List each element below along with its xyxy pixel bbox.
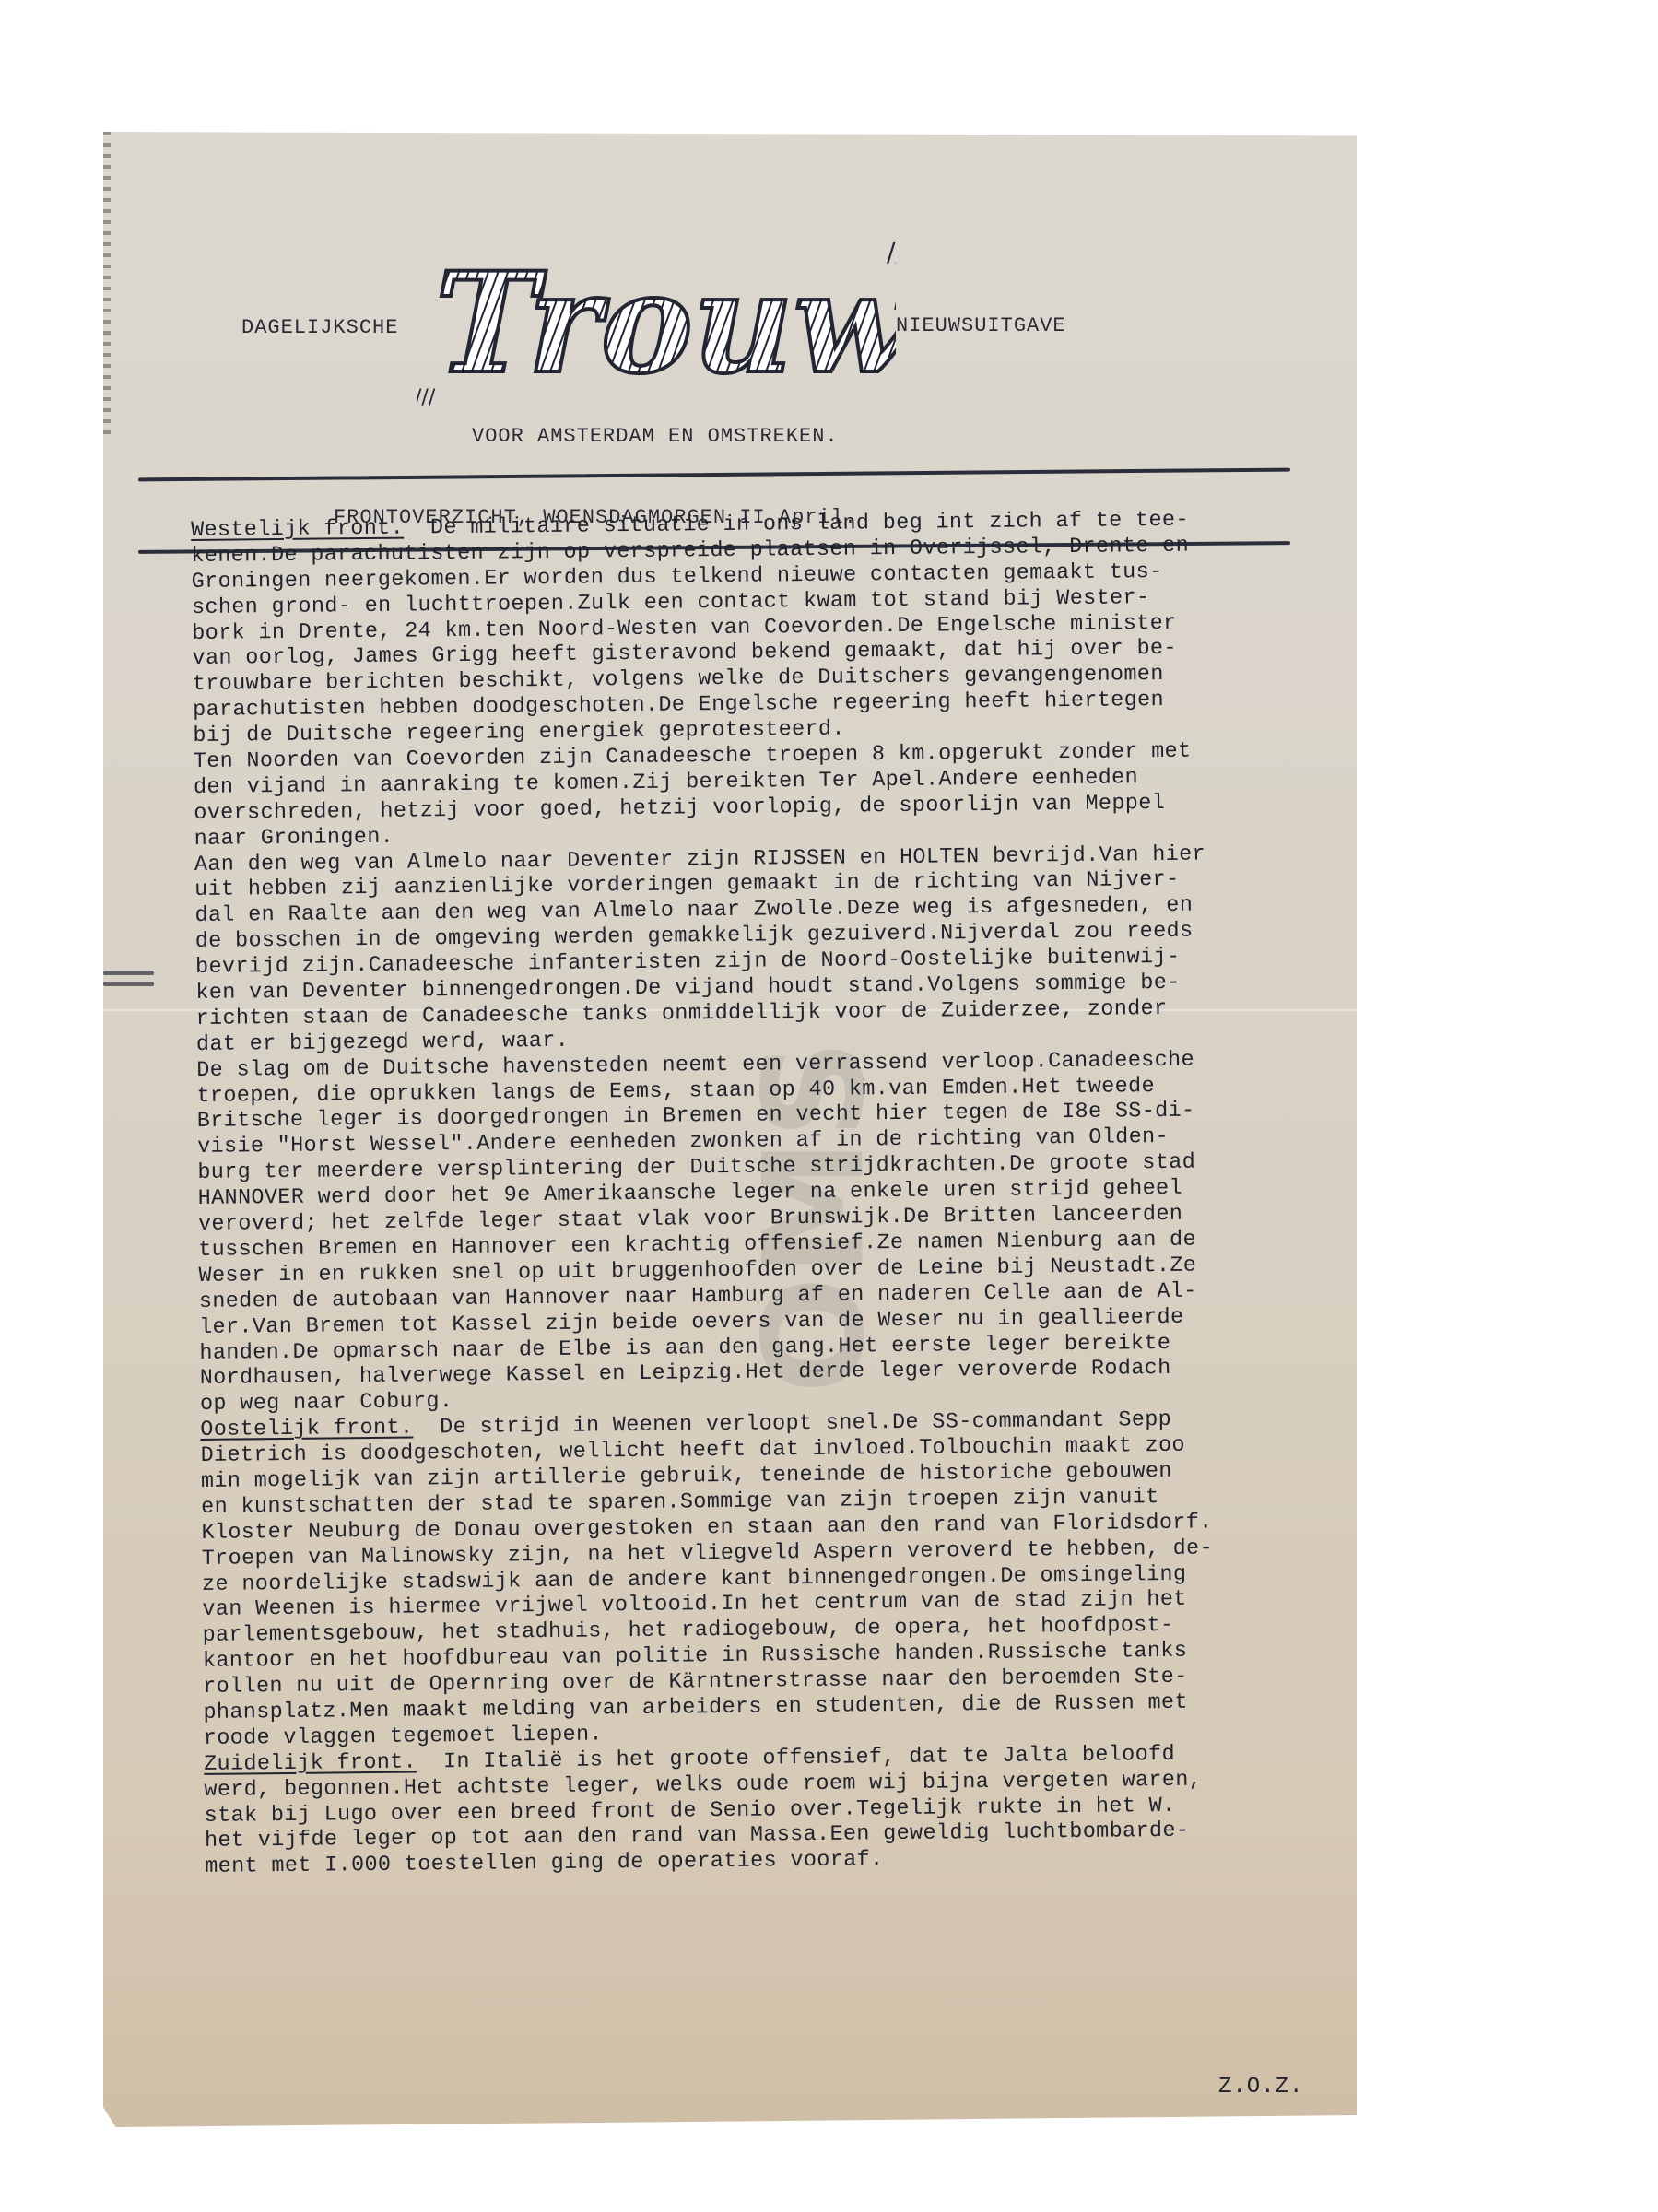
masthead-left-label: DAGELIJKSCHE xyxy=(241,316,398,339)
perforated-edge xyxy=(103,132,111,436)
line-text: dat er bijgezegd werd, waar. xyxy=(196,1030,569,1057)
section-heading: Zuidelijk front. xyxy=(204,1750,417,1776)
trouw-logo: Trouw //// /// xyxy=(417,224,896,408)
divider-rule xyxy=(138,468,1290,482)
line-text: naar Groningen. xyxy=(194,825,394,851)
margin-marks xyxy=(103,971,154,998)
page-turn-note: Z.O.Z. xyxy=(1218,2075,1303,2100)
newspaper-sheet: DAGELIJKSCHE Trouw //// /// NIEUWSUITGAV… xyxy=(103,132,1357,2127)
section-heading: Westelijk front. xyxy=(191,517,404,543)
article-body: Westelijk front. De militaire situatie i… xyxy=(191,507,1375,1881)
masthead-right-label: NIEUWSUITGAVE xyxy=(896,314,1066,337)
logo-tick-marks: //// xyxy=(887,237,896,267)
line-text: op weg naar Coburg. xyxy=(200,1390,453,1417)
line-text: roode vlaggen tegemoet liepen. xyxy=(204,1723,603,1751)
masthead-subtitle: VOOR AMSTERDAM EN OMSTREKEN. xyxy=(472,425,839,448)
logo-tick-marks: /// xyxy=(417,386,436,408)
logo-text: Trouw xyxy=(435,242,896,405)
section-heading: Oostelijk front. xyxy=(200,1417,413,1442)
